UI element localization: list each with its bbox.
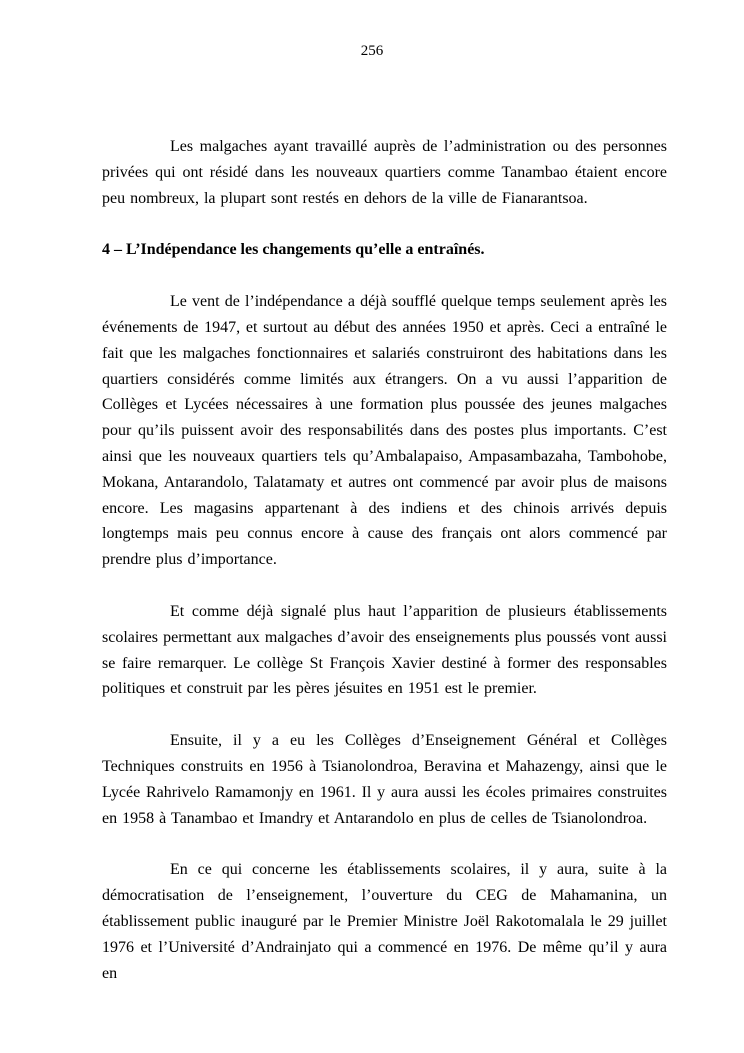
paragraph-school-establishments: Et comme déjà signalé plus haut l’appari… bbox=[102, 599, 667, 702]
paragraph-colleges-1956: Ensuite, il y a eu les Collèges d’Enseig… bbox=[102, 728, 667, 831]
page-content: Les malgaches ayant travaillé auprès de … bbox=[102, 134, 667, 1012]
section-heading: 4 – L’Indépendance les changements qu’el… bbox=[102, 237, 667, 263]
paragraph-intro: Les malgaches ayant travaillé auprès de … bbox=[102, 134, 667, 211]
page-number: 256 bbox=[0, 43, 744, 59]
document-page: 256 Les malgaches ayant travaillé auprès… bbox=[0, 0, 744, 1053]
paragraph-ceg-mahamanina: En ce qui concerne les établissements sc… bbox=[102, 857, 667, 986]
paragraph-independence-changes: Le vent de l’indépendance a déjà soufflé… bbox=[102, 289, 667, 573]
